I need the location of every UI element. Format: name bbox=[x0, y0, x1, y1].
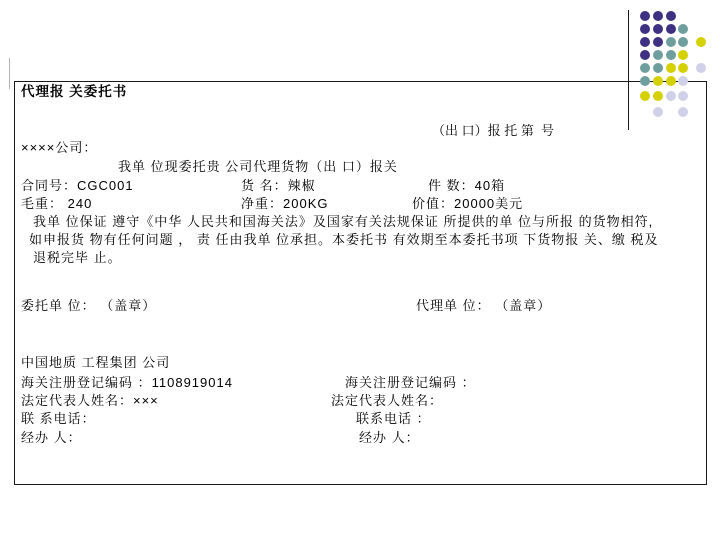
decor-dot-icon bbox=[678, 107, 688, 117]
decor-dot-icon bbox=[653, 11, 663, 21]
entrustor-handler: 经办 人： bbox=[21, 430, 82, 446]
reference-number-line: （出 口）报 托 第 号 bbox=[432, 123, 554, 139]
entrustor-legal-rep: 法定代表人姓名：××× bbox=[21, 393, 159, 409]
decor-dot-icon bbox=[640, 91, 650, 101]
decor-vertical-line-icon bbox=[628, 10, 629, 130]
entrustor-seal-label: 委托单 位： （盖章） bbox=[21, 298, 156, 314]
entrustor-customs-reg: 海关注册登记编码 ：1108919014 bbox=[21, 375, 233, 391]
pledge-line-3: 退税完毕 止。 bbox=[33, 250, 122, 266]
field-packages: 件 数：40箱 bbox=[428, 178, 505, 194]
decor-dot-icon bbox=[653, 50, 663, 60]
decor-dot-icon bbox=[640, 11, 650, 21]
decor-dot-icon bbox=[666, 11, 676, 21]
decor-dot-icon bbox=[678, 91, 688, 101]
document-title: 代理报 关委托书 bbox=[21, 84, 127, 100]
field-net-weight: 净重：200KG bbox=[241, 196, 328, 212]
decor-dot-icon bbox=[666, 37, 676, 47]
pledge-line-1: 我单 位保证 遵守《中华 人民共和国海关法》及国家有关法规保证 所提供的单 位与… bbox=[33, 214, 653, 230]
decor-dot-icon bbox=[666, 91, 676, 101]
slide-canvas: 代理报 关委托书 （出 口）报 托 第 号 ××××公司： 我单 位现委托贵 公… bbox=[0, 0, 720, 540]
salutation-line: ××××公司： bbox=[21, 140, 97, 156]
decor-dot-icon bbox=[640, 24, 650, 34]
decor-dot-icon bbox=[640, 50, 650, 60]
decor-dot-icon bbox=[640, 63, 650, 73]
field-value: 价值：20000美元 bbox=[412, 196, 523, 212]
decor-dot-icon bbox=[678, 50, 688, 60]
field-contract-no: 合同号：CGC001 bbox=[21, 178, 134, 194]
decor-dot-icon bbox=[653, 63, 663, 73]
agent-phone: 联系电话 ： bbox=[356, 411, 431, 427]
decor-dot-icon bbox=[653, 24, 663, 34]
agent-customs-reg: 海关注册登记编码 ： bbox=[345, 375, 476, 391]
decor-dot-icon bbox=[678, 37, 688, 47]
entrustor-phone: 联 系电话： bbox=[21, 411, 96, 427]
decor-dot-icon bbox=[640, 76, 650, 86]
decor-dot-icon bbox=[653, 37, 663, 47]
decor-dot-icon bbox=[678, 63, 688, 73]
placeholder-edge-mark bbox=[9, 58, 10, 89]
entrustor-company-name: 中国地质 工程集团 公司 bbox=[21, 355, 170, 371]
decor-dot-icon bbox=[653, 107, 663, 117]
decor-dot-icon bbox=[653, 91, 663, 101]
decor-dot-icon bbox=[653, 76, 663, 86]
decor-dot-icon bbox=[640, 37, 650, 47]
agent-handler: 经办 人： bbox=[359, 430, 420, 446]
decor-dot-icon bbox=[678, 24, 688, 34]
agent-seal-label: 代理单 位： （盖章） bbox=[416, 298, 551, 314]
decor-dot-icon bbox=[666, 50, 676, 60]
intro-line: 我单 位现委托贵 公司代理货物（出 口）报关 bbox=[118, 159, 398, 175]
field-gross-weight: 毛重： 240 bbox=[21, 196, 92, 212]
decor-dot-icon bbox=[696, 37, 706, 47]
decor-dot-icon bbox=[678, 76, 688, 86]
decor-dot-icon bbox=[696, 63, 706, 73]
pledge-line-2: 如申报货 物有任何问题 ， 责 任由我单 位承担。本委托书 有效期至本委托书项 … bbox=[29, 232, 659, 248]
decor-dot-icon bbox=[666, 76, 676, 86]
field-goods-name: 货 名：辣椒 bbox=[241, 178, 316, 194]
decor-dot-icon bbox=[666, 24, 676, 34]
decor-dot-icon bbox=[666, 63, 676, 73]
agent-legal-rep: 法定代表人姓名： bbox=[331, 393, 443, 409]
